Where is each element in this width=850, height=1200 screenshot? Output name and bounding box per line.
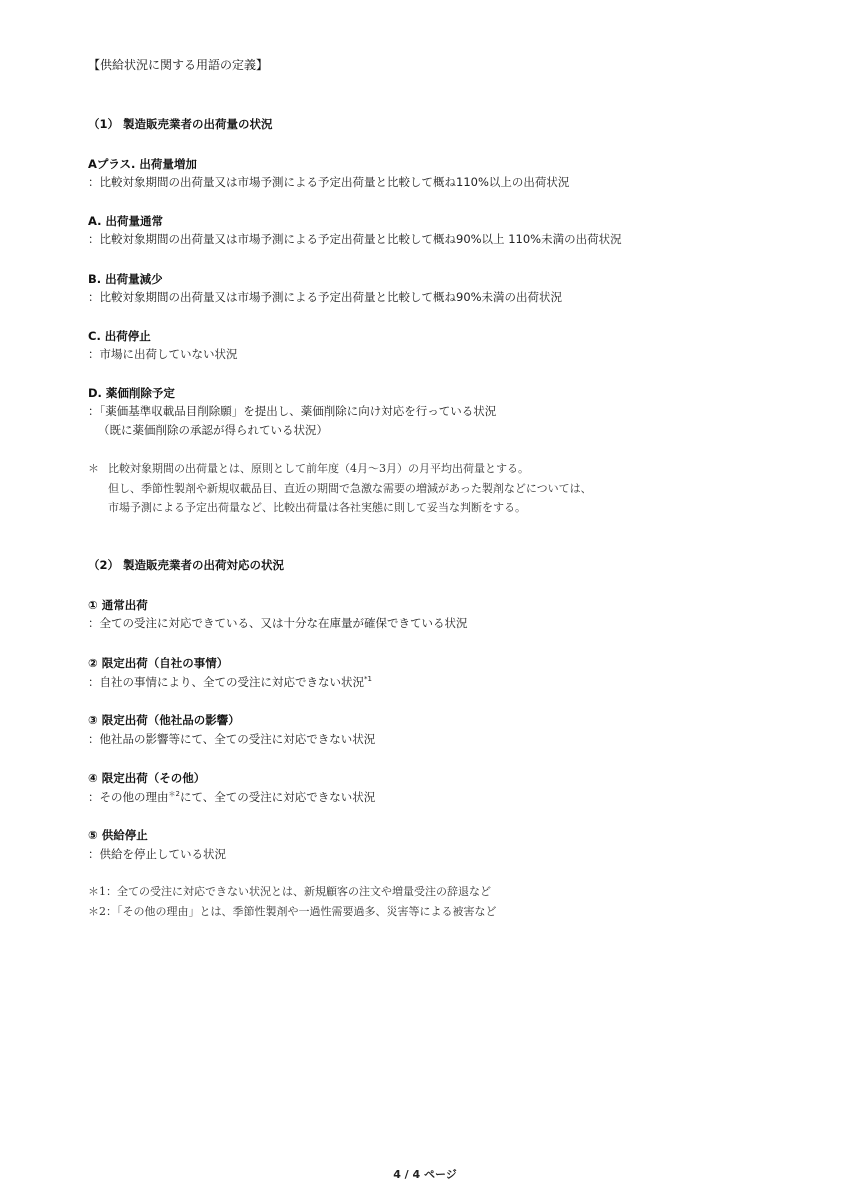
status-label-supply-stop: ⑤ 供給停止 bbox=[88, 828, 148, 842]
document-title: 【供給状況に関する用語の定義】 bbox=[88, 58, 268, 72]
term-desc-d-note: （既に薬価削除の承認が得られている状況） bbox=[98, 423, 328, 437]
footnote-ref-2: ＊2 bbox=[169, 790, 180, 798]
footnote-ref-1: *1 bbox=[364, 675, 372, 683]
comparison-note-line-1: ＊比較対象期間の出荷量とは、原則として前年度（4月～3月）の月平均出荷量とする。 bbox=[88, 462, 529, 476]
term-desc-a: ：比較対象期間の出荷量又は市場予測による予定出荷量と比較して概ね90%以上 11… bbox=[88, 232, 622, 246]
comparison-note-line-3: 市場予測による予定出荷量など、比較出荷量は各社実態に則して妥当な判断をする。 bbox=[108, 501, 526, 515]
asterisk-marker: ＊ bbox=[88, 462, 108, 476]
term-desc-d: ：「薬価基準収載品目削除願」を提出し、薬価削除に向け対応を行っている状況 bbox=[88, 404, 496, 418]
status-label-normal: ① 通常出荷 bbox=[88, 598, 148, 612]
term-label-a: A. 出荷量通常 bbox=[88, 214, 163, 228]
comparison-note-line-2: 但し、季節性製剤や新規収載品目、直近の期間で急激な需要の増減があった製剤などにつ… bbox=[108, 482, 592, 496]
term-label-a-plus: Aプラス. 出荷量増加 bbox=[88, 157, 197, 171]
status-label-limited-other-product: ③ 限定出荷（他社品の影響） bbox=[88, 713, 240, 727]
status-label-limited-own: ② 限定出荷（自社の事情） bbox=[88, 656, 228, 670]
status-desc-supply-stop: ：供給を停止している状況 bbox=[88, 847, 226, 861]
section1-heading: （1） 製造販売業者の出荷量の状況 bbox=[88, 117, 273, 131]
page-indicator: 4 / 4 ページ bbox=[0, 1166, 850, 1182]
term-desc-a-plus: ：比較対象期間の出荷量又は市場予測による予定出荷量と比較して概ね110%以上の出… bbox=[88, 175, 569, 189]
status-desc-normal: ：全ての受注に対応できている、又は十分な在庫量が確保できている状況 bbox=[88, 616, 468, 630]
term-label-b: B. 出荷量減少 bbox=[88, 272, 163, 286]
footnote-2: ＊2：「その他の理由」とは、季節性製剤や一過性需要過多、災害等による被害など bbox=[88, 905, 497, 919]
status-desc-limited-other-product: ：他社品の影響等にて、全ての受注に対応できない状況 bbox=[88, 732, 375, 746]
section2-heading: （2） 製造販売業者の出荷対応の状況 bbox=[88, 558, 284, 572]
term-desc-b: ：比較対象期間の出荷量又は市場予測による予定出荷量と比較して概ね90%未満の出荷… bbox=[88, 290, 562, 304]
footnote-1: ＊1：全ての受注に対応できない状況とは、新規顧客の注文や増量受注の辞退など bbox=[88, 885, 491, 899]
term-label-d: D. 薬価削除予定 bbox=[88, 386, 175, 400]
status-label-limited-other: ④ 限定出荷（その他） bbox=[88, 771, 205, 785]
status-desc-limited-own: ：自社の事情により、全ての受注に対応できない状況*1 bbox=[88, 675, 372, 689]
term-label-c: C. 出荷停止 bbox=[88, 329, 151, 343]
term-desc-c: ：市場に出荷していない状況 bbox=[88, 347, 238, 361]
status-desc-limited-other: ：その他の理由＊2にて、全ての受注に対応できない状況 bbox=[88, 790, 375, 804]
